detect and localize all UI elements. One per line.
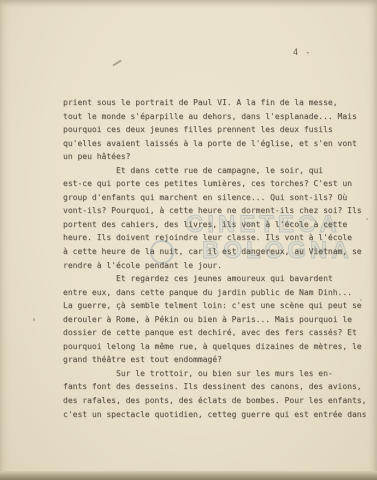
text-line: Et regardez ces jeunes amoureux qui bava… [63, 272, 365, 286]
text-line: dossier de cette panque est dechiré, ave… [63, 326, 365, 340]
text-line: entre eux, dans cette panque du jardin p… [63, 286, 365, 300]
paper-speck [360, 299, 362, 301]
text-line: est-ce qui porte ces petites lumières, c… [63, 177, 365, 191]
text-line: vont-ils? Pourquoi, à cette heure ne dor… [63, 204, 365, 218]
text-line: Sur le trottoir, ou bien sur les murs le… [63, 367, 365, 381]
scanned-typewritten-page: 4 - CINETECA BOLOGNA prient sous le port… [0, 0, 377, 480]
text-line: pourquoi lelong la même rue, à quelques … [63, 340, 365, 354]
text-line: tout le monde s'éparpille au dehors, dan… [63, 110, 365, 124]
text-line: derouler à Rome, à Pékin ou bien à Paris… [63, 313, 365, 327]
text-line: c'est un spectacle quotidien, cetteg gue… [63, 408, 365, 422]
text-line: prient sous le portrait de Paul VI. A la… [63, 96, 365, 110]
text-line: un peu hâtées? [63, 150, 365, 164]
text-line: qu'elles avaient laissés à la porte de l… [63, 137, 365, 151]
typewritten-text-block: prient sous le portrait de Paul VI. A la… [63, 96, 365, 421]
text-line: grand théâtre est tout endommagé? [63, 353, 365, 367]
page-number: 4 - [293, 48, 311, 58]
pencil-mark [112, 59, 121, 66]
text-line: portent des cahiers, des livres, ils von… [63, 218, 365, 232]
text-line: La guerre, çà semble telment loin: c'est… [63, 299, 365, 313]
text-line: des rafales, des ponts, des éclats de bo… [63, 394, 365, 408]
text-line: fants font des desseins. Ils dessinent d… [63, 380, 365, 394]
text-line: pourquoi ces deux jeunes filles prennent… [63, 123, 365, 137]
text-line: group d'enfants qui marchent en silence.… [63, 191, 365, 205]
text-line: Et dans cette rue de campagne, le soir, … [63, 164, 365, 178]
text-line: rendre à l'école pendant le jour. [63, 259, 365, 273]
text-line: heure. Ils doivent rejoindre leur classe… [63, 231, 365, 245]
paper-speck [33, 318, 35, 321]
paper-speck [366, 218, 368, 220]
text-line: à cette heure de la nuit, car il est dan… [63, 245, 365, 259]
scan-edge [0, 471, 377, 480]
